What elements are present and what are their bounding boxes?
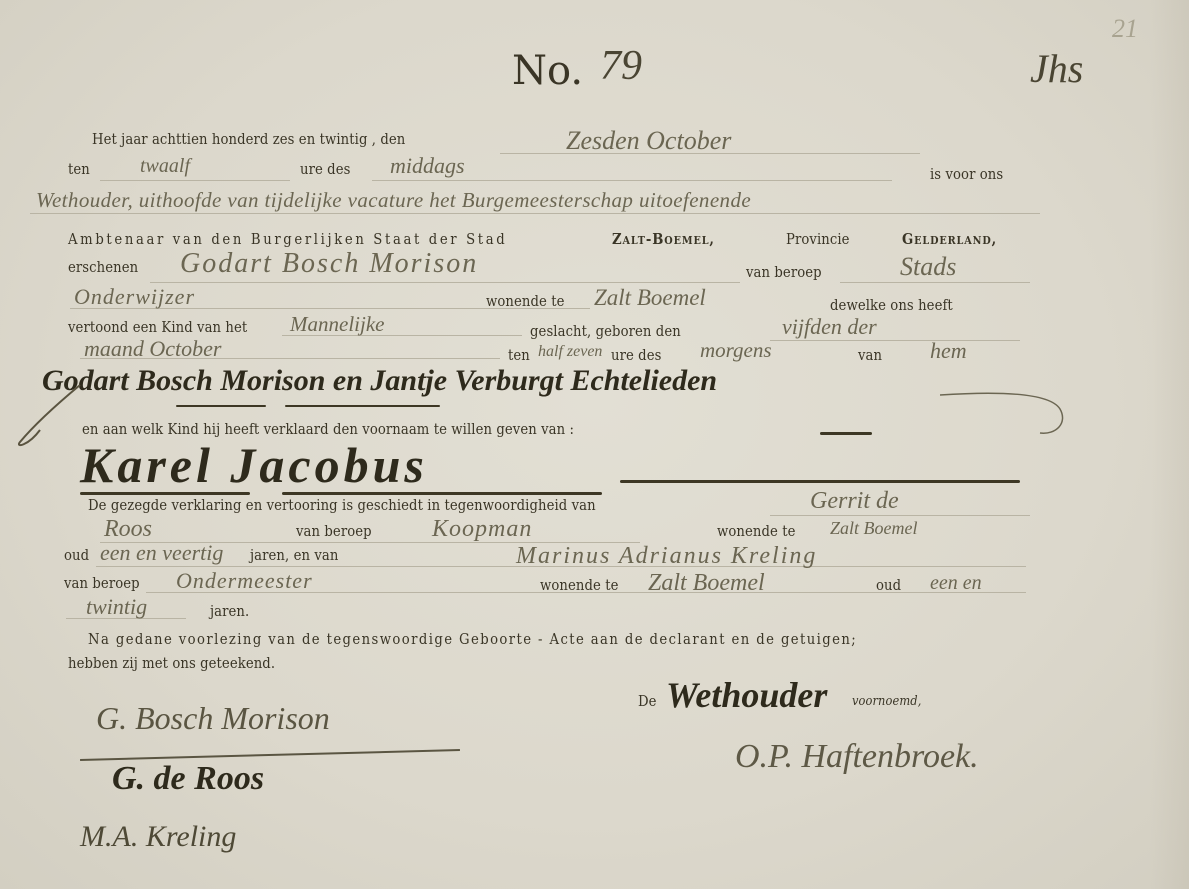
fill-line bbox=[100, 180, 290, 181]
fill-line bbox=[770, 515, 1030, 516]
line-15-oud: oud bbox=[876, 576, 901, 594]
town-name: Zalt-Boemel, bbox=[612, 230, 715, 248]
declarant-occupation-2: Onderwijzer bbox=[74, 284, 195, 310]
official-suffix: voornoemd, bbox=[852, 694, 921, 709]
line-4-print: Ambtenaar van den Burgerlijken Staat der… bbox=[68, 230, 507, 248]
line-5-van-beroep: van beroep bbox=[746, 263, 822, 281]
official-title: Wethouder bbox=[666, 674, 827, 716]
witness-2-name: Marinus Adrianus Kreling bbox=[516, 543, 817, 570]
page-number: 21 bbox=[1112, 14, 1138, 44]
birth-hour: half zeven bbox=[538, 343, 602, 361]
official-prefix: De bbox=[638, 692, 657, 710]
line-13-wonende-te: wonende te bbox=[717, 522, 796, 540]
flourish-dash bbox=[820, 432, 872, 435]
child-given-names: Karel Jacobus bbox=[80, 436, 428, 494]
witness-2-age-b: twintig bbox=[86, 594, 147, 620]
line-8-hem: hem bbox=[930, 338, 967, 364]
line-18-print: hebben zij met ons geteekend. bbox=[68, 654, 275, 672]
witness-2-occupation: Ondermeester bbox=[176, 568, 313, 594]
birth-day: vijfden der bbox=[782, 314, 877, 340]
official-signature: O.P. Haftenbroek. bbox=[735, 738, 979, 776]
line-7-geslacht: geslacht, geboren den bbox=[530, 322, 681, 340]
fill-line bbox=[770, 340, 1020, 341]
witness-2-residence: Zalt Boemel bbox=[648, 570, 765, 597]
line-12-print: De gezegde verklaring en vertooring is g… bbox=[88, 496, 596, 514]
line-7-print: vertoond een Kind van het bbox=[68, 318, 247, 336]
underline bbox=[176, 405, 266, 407]
line-16-jaren: jaren. bbox=[210, 602, 249, 620]
line-8-van: van bbox=[858, 346, 882, 364]
line-8-ten: ten bbox=[508, 346, 530, 364]
birth-month: maand October bbox=[84, 336, 221, 362]
line-2-ure-des: ure des bbox=[300, 160, 350, 178]
fill-line bbox=[30, 213, 1040, 214]
child-sex: Mannelijke bbox=[290, 312, 384, 337]
record-number-label: No. bbox=[512, 48, 583, 94]
declarant-occupation-1: Stads bbox=[900, 252, 956, 282]
birth-register-date: Zesden October bbox=[566, 126, 731, 156]
line-15-van-beroep: van beroep bbox=[64, 574, 140, 592]
witness-1-name-a: Gerrit de bbox=[810, 488, 899, 515]
birth-time-of-day: morgens bbox=[700, 338, 772, 363]
line-8-ure-des: ure des bbox=[611, 346, 661, 364]
line-2-ten: ten bbox=[68, 160, 90, 178]
official-capacity: Wethouder, uithoofde van tijdelijke vaca… bbox=[36, 188, 751, 213]
line-6-dewelke: dewelke ons heeft bbox=[830, 296, 953, 314]
document-page: No. 79 Jhs 21 Het jaar achttien honderd … bbox=[0, 0, 1189, 889]
declarant-signature: G. Bosch Morison bbox=[96, 700, 330, 737]
declarant-name: Godart Bosch Morison bbox=[180, 248, 478, 280]
line-5-erschenen: erschenen bbox=[68, 258, 138, 276]
declarant-residence: Zalt Boemel bbox=[594, 285, 706, 311]
flourish-icon bbox=[940, 385, 1070, 445]
fill-line bbox=[150, 282, 740, 283]
line-15-wonende-te: wonende te bbox=[540, 576, 619, 594]
parents-names: Godart Bosch Morison en Jantje Verburgt … bbox=[42, 364, 717, 398]
line-1-print: Het jaar achttien honderd zes en twintig… bbox=[92, 130, 405, 148]
witness-1-residence: Zalt Boemel bbox=[830, 518, 918, 539]
witness-1-signature: G. de Roos bbox=[112, 760, 264, 798]
fill-line bbox=[372, 180, 892, 181]
witness-1-occupation: Koopman bbox=[432, 516, 532, 543]
corner-mark: Jhs bbox=[1030, 45, 1083, 92]
line-14-oud: oud bbox=[64, 546, 89, 564]
line-17-print: Na gedane voorlezing van de tegenswoordi… bbox=[88, 630, 857, 648]
line-13-van-beroep: van beroep bbox=[296, 522, 372, 540]
line-4-provincie: Provincie bbox=[786, 230, 850, 248]
underline bbox=[80, 492, 250, 495]
witness-2-signature: M.A. Kreling bbox=[80, 820, 236, 854]
hour-value: twaalf bbox=[140, 155, 190, 178]
underline bbox=[282, 492, 602, 495]
witness-2-age-a: een en bbox=[930, 572, 982, 595]
flourish-icon bbox=[10, 380, 90, 450]
line-6-wonende-te: wonende te bbox=[486, 292, 565, 310]
witness-1-age: een en veertig bbox=[100, 540, 223, 566]
time-of-day-value: middags bbox=[390, 153, 465, 179]
record-number-value: 79 bbox=[600, 42, 642, 90]
province-name: Gelderland, bbox=[902, 230, 997, 248]
fill-line bbox=[840, 282, 1030, 283]
line-14-jaren: jaren, en van bbox=[250, 546, 338, 564]
underline bbox=[620, 480, 1020, 483]
underline bbox=[285, 405, 440, 407]
line-2-is-voor-ons: is voor ons bbox=[930, 165, 1003, 183]
witness-1-name-b: Roos bbox=[104, 516, 152, 543]
